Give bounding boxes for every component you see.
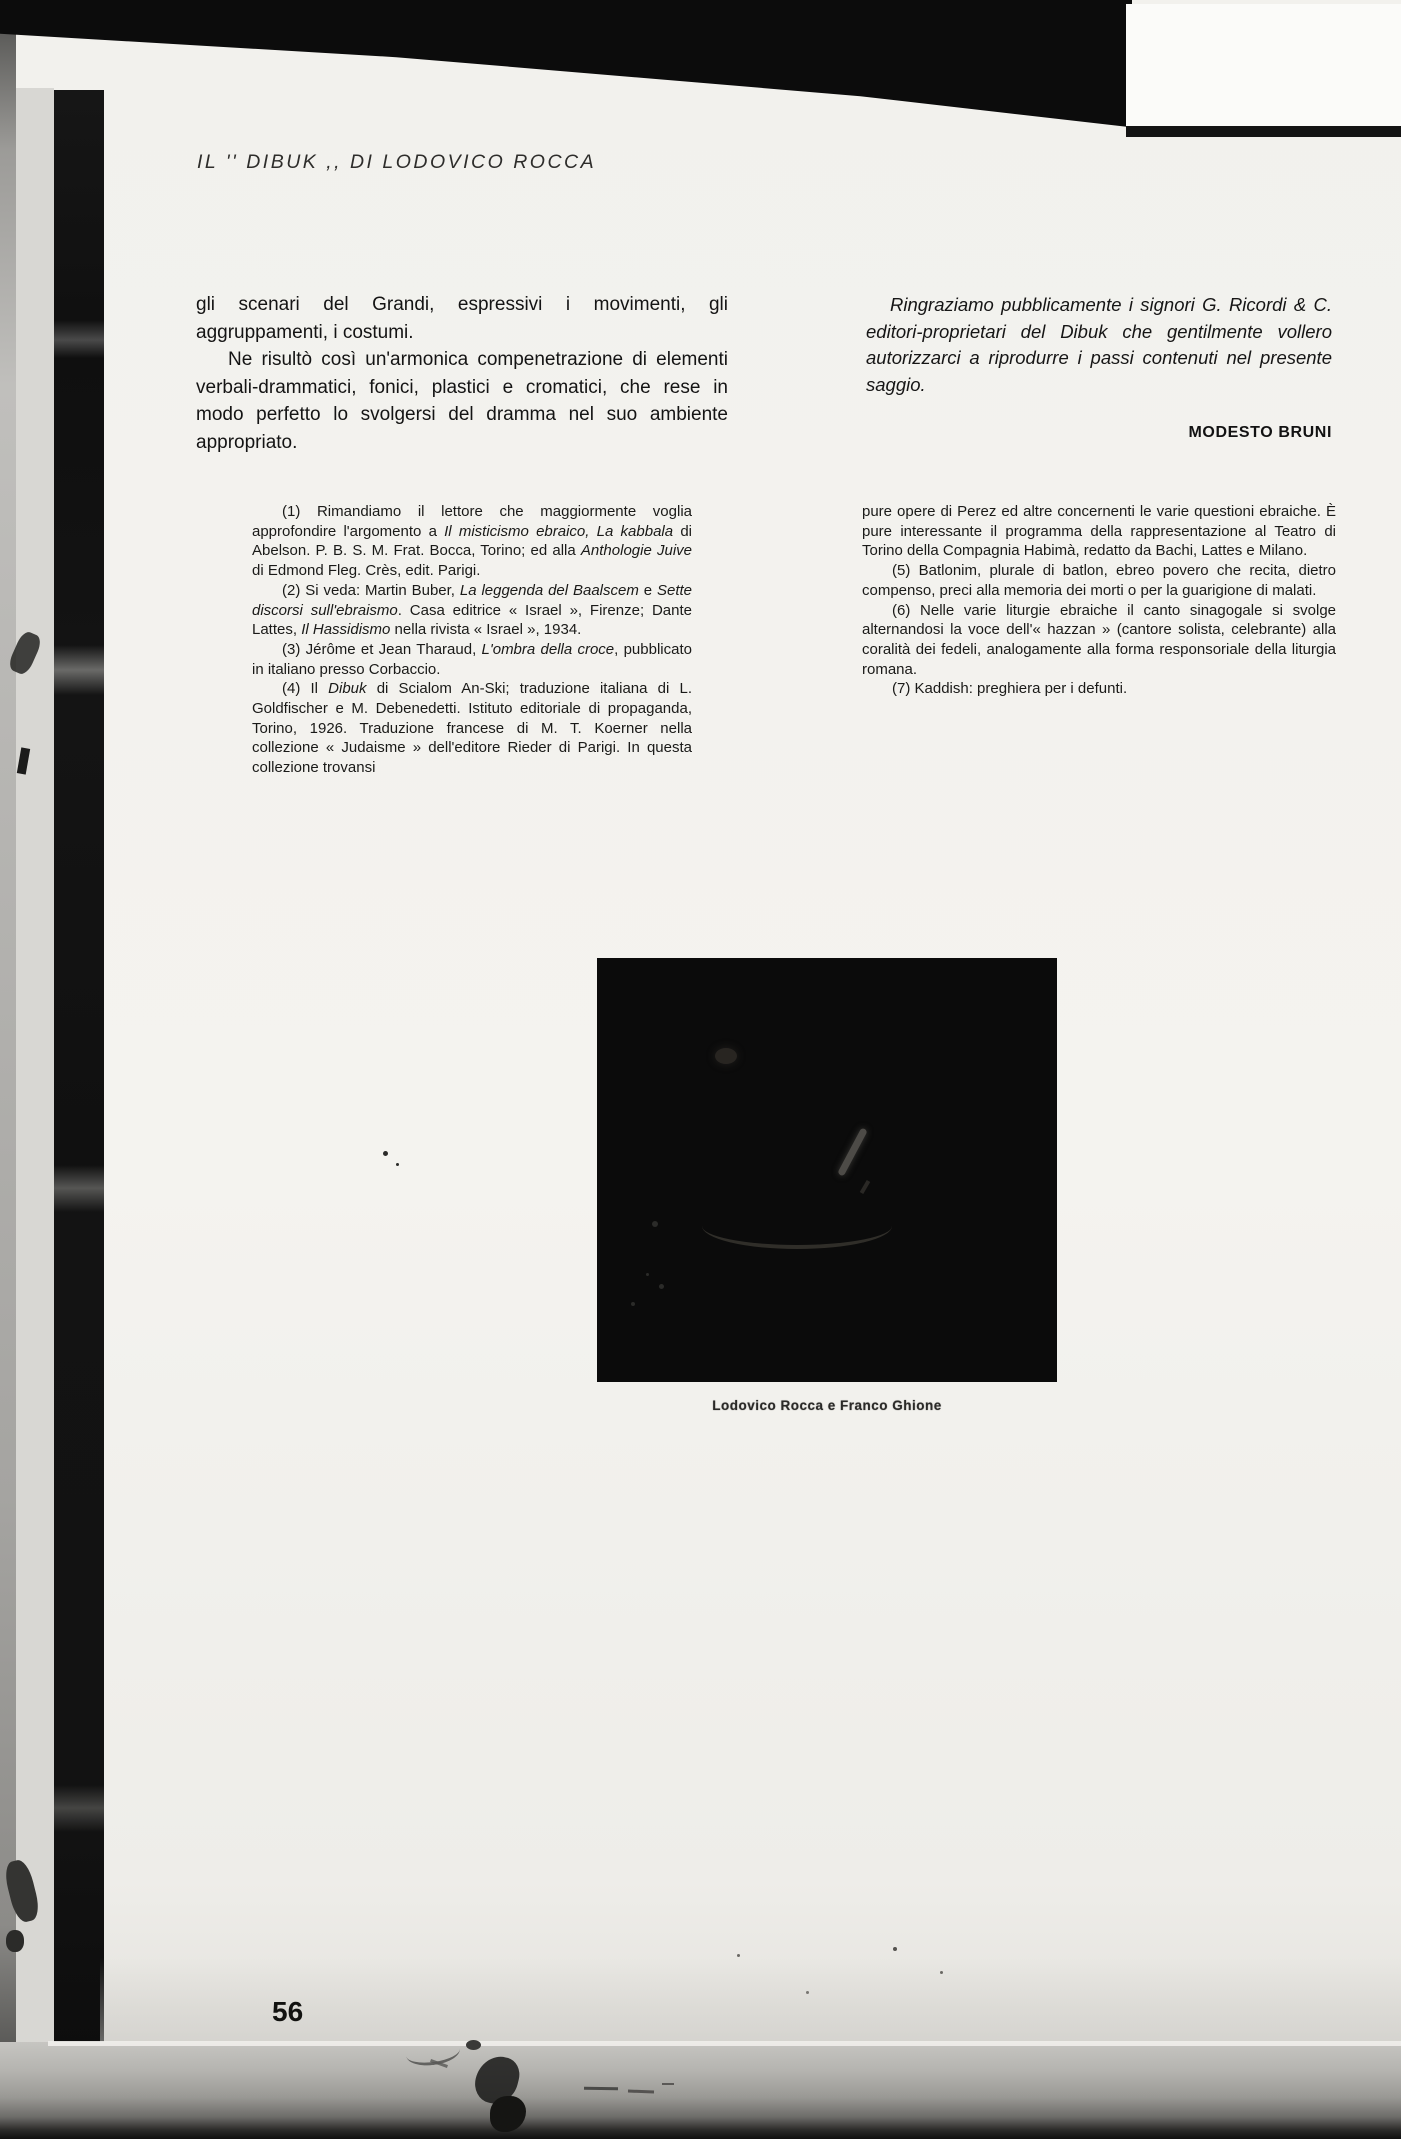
dust-speck bbox=[631, 1302, 635, 1306]
photo-highlight bbox=[715, 1048, 737, 1064]
dust-speck bbox=[396, 1163, 399, 1166]
pencil-dash bbox=[584, 2087, 618, 2091]
scan-top-black-bar bbox=[0, 0, 1132, 130]
scanned-book-page: IL '' DIBUK ,, DI LODOVICO ROCCA gli sce… bbox=[0, 0, 1401, 2139]
scan-left-margin bbox=[16, 88, 54, 2050]
dust-speck bbox=[940, 1971, 943, 1974]
main-left-column: gli scenari del Grandi, espressivi i mov… bbox=[196, 291, 728, 456]
margin-mark bbox=[6, 1930, 24, 1952]
ink-smudge bbox=[466, 2040, 481, 2050]
acknowledgement-paragraph: Ringraziamo pubblicamente i signori G. R… bbox=[866, 292, 1332, 398]
photo-caption: Lodovico Rocca e Franco Ghione bbox=[597, 1398, 1057, 1413]
scan-top-right-card bbox=[1126, 4, 1401, 137]
author-byline: MODESTO BRUNI bbox=[866, 424, 1332, 442]
footnotes-left-column: (1) Rimandiamo il lettore che maggiormen… bbox=[252, 502, 692, 778]
scan-bottom-edge bbox=[0, 2042, 1401, 2139]
dust-speck bbox=[737, 1954, 740, 1957]
footnote-2: (2) Si veda: Martin Buber, La leggenda d… bbox=[252, 581, 692, 640]
footnote-7: (7) Kaddish: preghiera per i defunti. bbox=[862, 679, 1336, 699]
scan-binding-gutter bbox=[54, 90, 104, 2050]
dust-speck bbox=[383, 1151, 388, 1156]
pencil-dash bbox=[662, 2083, 674, 2085]
footnote-1: (1) Rimandiamo il lettore che maggiormen… bbox=[252, 502, 692, 581]
photograph bbox=[597, 958, 1057, 1382]
photo-highlight bbox=[837, 1127, 868, 1176]
scan-left-outer-edge bbox=[0, 0, 16, 2139]
dust-speck bbox=[659, 1284, 664, 1289]
footnote-4: (4) Il Dibuk di Scialom An-Ski; traduzio… bbox=[252, 679, 692, 778]
photo-highlight bbox=[702, 1203, 892, 1249]
photo-highlight bbox=[860, 1180, 870, 1194]
main-paragraph: gli scenari del Grandi, espressivi i mov… bbox=[196, 291, 728, 346]
page-header-title: IL '' DIBUK ,, DI LODOVICO ROCCA bbox=[197, 151, 596, 174]
dust-speck bbox=[646, 1273, 649, 1276]
main-paragraph: Ne risultò così un'armonica compenetrazi… bbox=[196, 346, 728, 456]
footnotes-right-column: pure opere di Perez ed altre concernenti… bbox=[862, 502, 1336, 699]
scan-bottom-highlight-line bbox=[48, 2041, 1401, 2046]
dust-speck bbox=[652, 1221, 658, 1227]
footnote-6: (6) Nelle varie liturgie ebraiche il can… bbox=[862, 601, 1336, 680]
main-right-column: Ringraziamo pubblicamente i signori G. R… bbox=[866, 292, 1332, 398]
dust-speck bbox=[806, 1991, 809, 1994]
footnote-3: (3) Jérôme et Jean Tharaud, L'ombra dell… bbox=[252, 640, 692, 679]
footnote-5: (5) Batlonim, plurale di batlon, ebreo p… bbox=[862, 561, 1336, 600]
footnote-4-continuation: pure opere di Perez ed altre concernenti… bbox=[862, 502, 1336, 561]
page-number: 56 bbox=[272, 1996, 303, 2028]
dust-speck bbox=[893, 1947, 897, 1951]
